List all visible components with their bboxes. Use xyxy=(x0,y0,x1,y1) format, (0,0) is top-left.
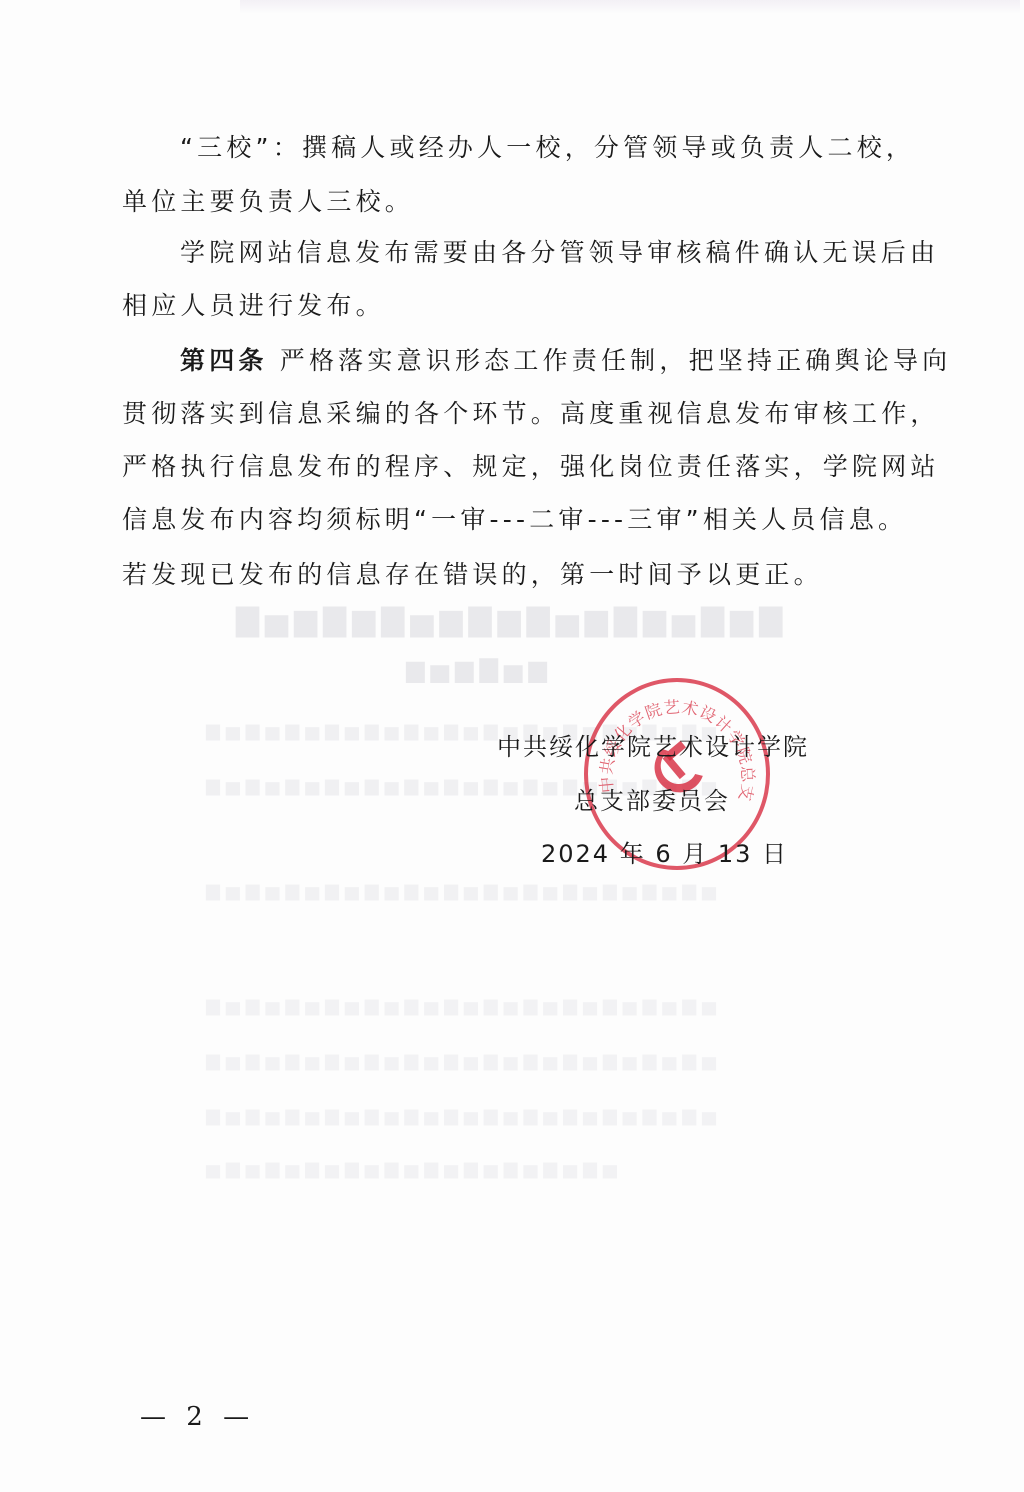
bleed-through-text: ▅▆▅▆▅▆▅▆▅▆▅▆▅▆▅▆▅▆▅▆▅▆▅▆▅▆ xyxy=(200,995,716,1016)
paragraph-text: 学院网站信息发布需要由各分管领导审核稿件确认无误后由 xyxy=(180,238,960,268)
paragraph-text: 信息发布内容均须标明“一审---二审---三审”相关人员信息。 xyxy=(122,505,902,535)
bleed-through-text: ▆▅▇▆▅▆ xyxy=(400,655,547,683)
paragraph-text: 单位主要负责人三校。 xyxy=(122,187,902,217)
document-page: ▇▆▇▅▆▇▆▅▇▆▇▆▅▇▆▇▆▅▇ ▆▅▇▆▅▆ ▅▆▅▆▅▆▅▆▅▆▅▆▅… xyxy=(0,0,1024,1492)
page-number: — 2 — xyxy=(140,1402,255,1432)
signature-organization: 中共绥化学院艺术设计学院 xyxy=(497,727,809,762)
paragraph-text: 相应人员进行发布。 xyxy=(122,291,902,321)
bleed-through-text: ▅▆▅▆▅▆▅▆▅▆▅▆▅▆▅▆▅▆▅▆▅▆▅▆▅▆ xyxy=(200,1105,716,1126)
paragraph-text: 若发现已发布的信息存在错误的，第一时间予以更正。 xyxy=(122,560,902,590)
paragraph-text: 贯彻落实到信息采编的各个环节。高度重视信息发布审核工作， xyxy=(122,399,902,429)
signature-date: 2024 年 6 月 13 日 xyxy=(541,834,788,869)
bleed-through-text: ▅▆▅▆▅▆▅▆▅▆▅▆▅▆▅▆▅▆▅▆▅ xyxy=(200,1158,617,1179)
paragraph-text: 严格落实意识形态工作责任制，把坚持正确舆论导向 xyxy=(280,346,952,375)
bleed-through-text: ▅▆▅▆▅▆▅▆▅▆▅▆▅▆▅▆▅▆▅▆▅▆▅▆▅▆ xyxy=(200,1050,716,1071)
scan-artifact xyxy=(240,0,1020,14)
paragraph-text: 严格执行信息发布的程序、规定，强化岗位责任落实，学院网站 xyxy=(122,452,902,482)
article-paragraph-first-line: 第四条 严格落实意识形态工作责任制，把坚持正确舆论导向 xyxy=(180,346,960,376)
bleed-through-text: ▅▆▅▆▅▆▅▆▅▆▅▆▅▆▅▆▅▆▅▆▅▆▅▆▅▆ xyxy=(200,880,716,901)
paragraph-text: “三校”：撰稿人或经办人一校，分管领导或负责人二校， xyxy=(180,133,960,163)
article-label: 第四条 xyxy=(180,346,268,375)
bleed-through-text: ▇▆▇▅▆▇▆▅▇▆▇▆▅▇▆▇▆▅▇ xyxy=(230,603,782,638)
signature-committee: 总支部委员会 xyxy=(574,781,730,816)
